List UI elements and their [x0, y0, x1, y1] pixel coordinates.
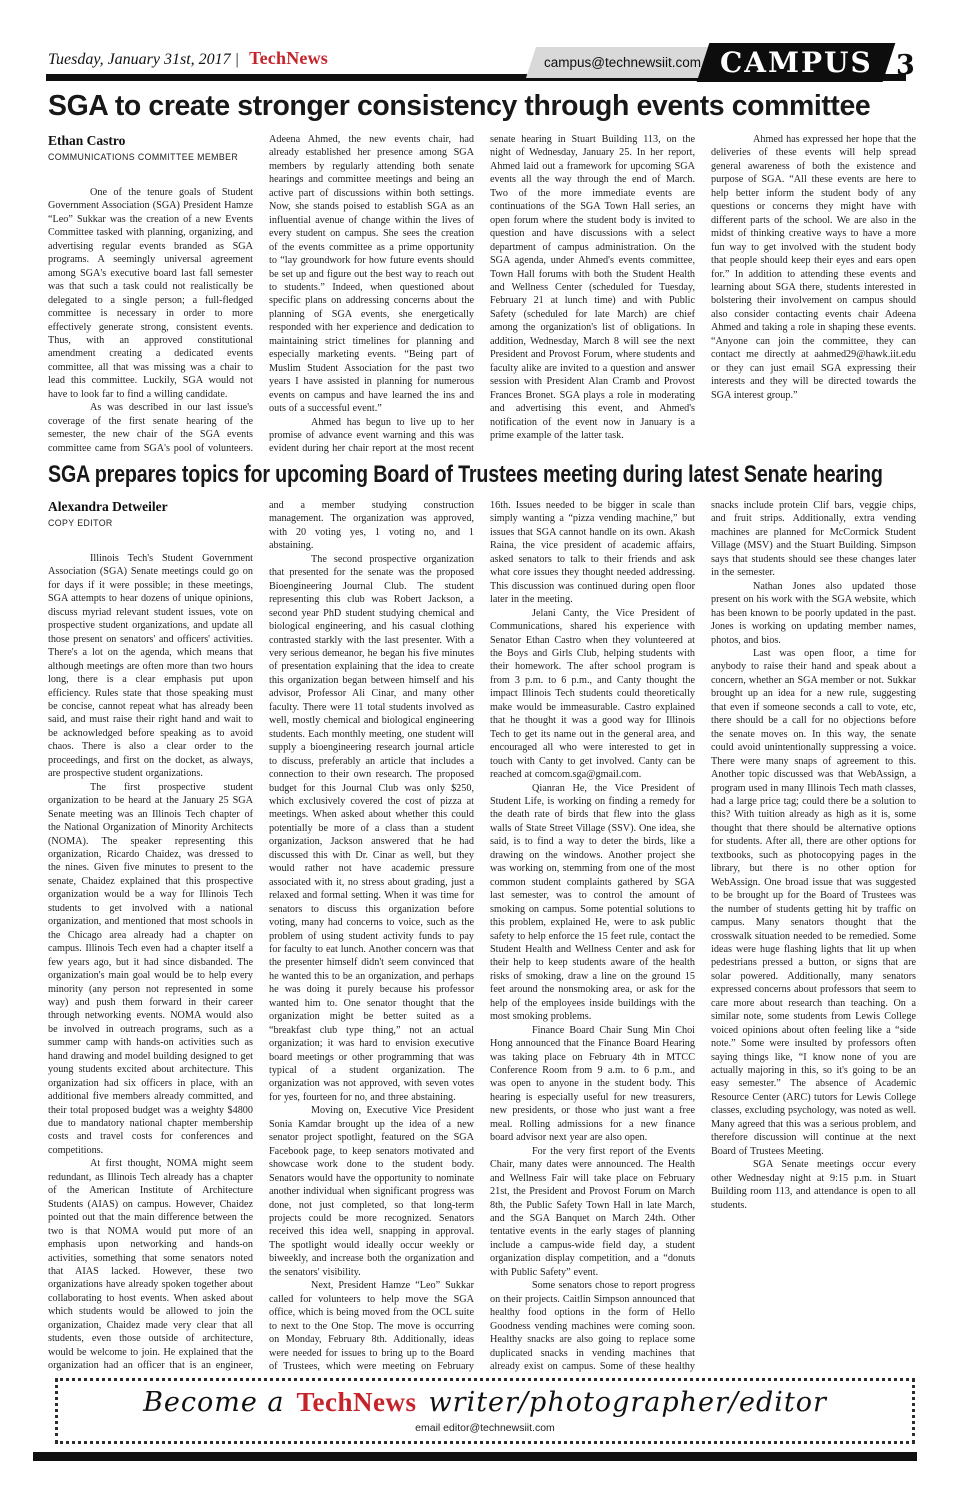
newspaper-page: Tuesday, January 31st, 2017 | TechNews c… — [0, 0, 971, 1500]
article-paragraph: Illinois Tech's Student Government Assoc… — [48, 552, 253, 781]
article-paragraph: One of the tenure goals of Student Gover… — [48, 186, 253, 401]
masthead: Tuesday, January 31st, 2017 | TechNews c… — [0, 0, 971, 92]
section-banner: CAMPUS — [697, 43, 896, 82]
article-paragraph: Ahmed has expressed her hope that the de… — [711, 133, 916, 402]
article1-author-role: COMMUNICATIONS COMMITTEE MEMBER — [48, 152, 253, 162]
article-paragraph: For the very first report of the Events … — [490, 1145, 695, 1280]
article2-byline: Alexandra Detweiler COPY EDITOR — [48, 499, 253, 528]
article-paragraph: Last was open floor, a time for anybody … — [711, 647, 916, 1158]
article2-author-role: COPY EDITOR — [48, 518, 253, 528]
article2-author: Alexandra Detweiler — [48, 499, 253, 515]
section-title: CAMPUS — [720, 46, 873, 79]
recruitment-text-pre: Become a — [143, 1387, 284, 1418]
masthead-brand: TechNews — [249, 48, 328, 68]
recruitment-brand: TechNews — [297, 1387, 417, 1417]
recruitment-banner: Become a TechNews writer/photographer/ed… — [55, 1378, 915, 1444]
recruitment-email: email editor@technewsiit.com — [58, 1422, 912, 1434]
contact-email-banner: campus@technewsiit.com — [526, 47, 720, 78]
masthead-left: Tuesday, January 31st, 2017 | TechNews — [48, 48, 328, 69]
article2-headline: SGA prepares topics for upcoming Board o… — [48, 461, 971, 489]
article-paragraph: Moving on, Executive Vice President Soni… — [269, 1104, 474, 1279]
article1-byline: Ethan Castro COMMUNICATIONS COMMITTEE ME… — [48, 133, 253, 162]
article-paragraph: Nathan Jones also updated those present … — [711, 580, 916, 647]
article1-headline-text: SGA to create stronger consistency throu… — [48, 90, 870, 123]
article2-headline-text: SGA prepares topics for upcoming Board o… — [48, 461, 883, 489]
bottom-rule — [33, 1452, 917, 1461]
masthead-date: Tuesday, January 31st, 2017 | — [48, 51, 239, 68]
article-paragraph: The first prospective student organizati… — [48, 781, 253, 1158]
article1-author: Ethan Castro — [48, 133, 253, 149]
article2: Alexandra Detweiler COPY EDITOR Illinois… — [48, 499, 916, 1376]
recruitment-text-post: writer/photographer/editor — [429, 1387, 827, 1418]
article-paragraph: Finance Board Chair Sung Min Choi Hong a… — [490, 1024, 695, 1145]
article1-headline: SGA to create stronger consistency throu… — [48, 90, 887, 123]
article-paragraph: Qianran He, the Vice President of Studen… — [490, 782, 695, 1024]
article-paragraph: Jelani Canty, the Vice President of Comm… — [490, 607, 695, 782]
article1-columns: Ethan Castro COMMUNICATIONS COMMITTEE ME… — [48, 133, 916, 460]
article1: Ethan Castro COMMUNICATIONS COMMITTEE ME… — [48, 133, 916, 460]
contact-email-text: campus@technewsiit.com — [544, 55, 701, 70]
article-paragraph: SGA Senate meetings occur every other We… — [711, 1158, 916, 1212]
article-paragraph: The second prospective organization that… — [269, 553, 474, 1105]
page-number: 3 — [896, 50, 915, 81]
article2-columns: Alexandra Detweiler COPY EDITOR Illinois… — [48, 499, 916, 1376]
recruitment-banner-headline: Become a TechNews writer/photographer/ed… — [58, 1387, 912, 1418]
